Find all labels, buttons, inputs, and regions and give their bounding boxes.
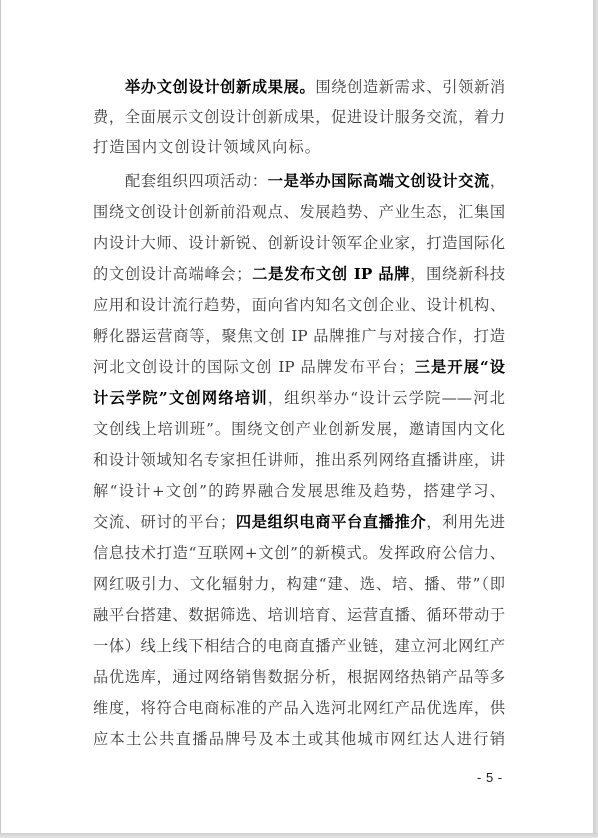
- page-shadow-right: [593, 0, 598, 838]
- page-number: - 5 -: [477, 770, 503, 785]
- text-line: 一体）线上线下相结合的电商直播产业链，建立河北网红产: [93, 635, 505, 657]
- text-line: 文创线上培训班”。围绕文创产业创新发展，邀请国内文化: [93, 418, 505, 440]
- text-line: 维度，将符合电商标准的产品入选河北网红产品优选库，供: [93, 697, 505, 719]
- line-text: 河北文创设计的国际文创 IP 品牌发布平台；: [93, 358, 414, 376]
- bold-activity-2: 二是发布文创 IP 品牌: [252, 265, 411, 283]
- text-line: 河北文创设计的国际文创 IP 品牌发布平台；三是开展“设: [93, 356, 505, 378]
- line-text: 维度，将符合电商标准的产品入选河北网红产品优选库，供: [93, 699, 505, 717]
- line-text: 品优选库，通过网络销售数据分析，根据网络热销产品等多: [93, 668, 505, 686]
- line-tail: ，围绕新科技: [410, 265, 505, 283]
- line-text: 孵化器运营商等，聚焦文创 IP 品牌推广与对接合作，打造: [93, 327, 505, 345]
- text-line: 应用和设计流行趋势，面向省内知名文创企业、设计机构、: [93, 294, 505, 316]
- bold-heading: 举办文创设计创新成果展。: [125, 78, 315, 96]
- text-line: 交流、研讨的平台；四是组织电商平台直播推介，利用先进: [93, 511, 505, 533]
- line-text: 打造国内文创设计领域风向标。: [93, 138, 321, 156]
- line-text: 配套组织四项活动：: [125, 172, 268, 190]
- line-text: 费，全面展示文创设计创新成果，促进设计服务交流，着力: [93, 108, 505, 126]
- line-text: 一体）线上线下相结合的电商直播产业链，建立河北网红产: [93, 637, 505, 655]
- bold-activity-3: 三是开展“设: [414, 358, 505, 376]
- line-text: 文创线上培训班”。围绕文创产业创新发展，邀请国内文化: [93, 420, 505, 438]
- line-tail: ，: [490, 172, 505, 190]
- text-line: 配套组织四项活动：一是举办国际高端文创设计交流，: [125, 170, 505, 192]
- line-text: 的文创设计高端峰会；: [93, 265, 252, 283]
- document-page: 举办文创设计创新成果展。围绕创造新需求、引领新消 费，全面展示文创设计创新成果，…: [1, 0, 593, 833]
- page-shadow-bottom: [0, 833, 598, 838]
- text-line: 的文创设计高端峰会；二是发布文创 IP 品牌，围绕新科技: [93, 263, 505, 285]
- text-line: 计云学院”文创网络培训，组织举办“设计云学院——河北: [93, 387, 505, 409]
- text-line: 孵化器运营商等，聚焦文创 IP 品牌推广与对接合作，打造: [93, 325, 505, 347]
- line-text: 围绕文创设计创新前沿观点、发展趋势、产业生态，汇集国: [93, 203, 505, 221]
- text-line: 内设计大师、设计新锐、创新设计领军企业家，打造国际化: [93, 232, 505, 254]
- text-line: 打造国内文创设计领域风向标。: [93, 136, 505, 158]
- line-text: 和设计领域知名专家担任讲师，推出系列网络直播讲座，讲: [93, 451, 505, 469]
- text-line: 应本土公共直播品牌号及本土或其他城市网红达人进行销: [93, 728, 505, 750]
- text-line: 融平台搭建、数据筛选、培训培育、运营直播、循环带动于: [93, 604, 505, 626]
- text-line: 举办文创设计创新成果展。围绕创造新需求、引领新消: [125, 76, 505, 98]
- line-text: 应本土公共直播品牌号及本土或其他城市网红达人进行销: [93, 730, 505, 748]
- text-line: 解“设计+文创”的跨界融合发展思维及趋势，搭建学习、: [93, 480, 505, 502]
- line-text: 信息技术打造“互联网+文创”的新模式。发挥政府公信力、: [93, 544, 505, 562]
- text-line: 围绕文创设计创新前沿观点、发展趋势、产业生态，汇集国: [93, 201, 505, 223]
- text-line: 信息技术打造“互联网+文创”的新模式。发挥政府公信力、: [93, 542, 505, 564]
- text-line: 费，全面展示文创设计创新成果，促进设计服务交流，着力: [93, 106, 505, 128]
- bold-activity-4: 四是组织电商平台直播推介: [235, 513, 426, 531]
- line-text: 内设计大师、设计新锐、创新设计领军企业家，打造国际化: [93, 234, 505, 252]
- text-line: 网红吸引力、文化辐射力，构建“建、选、培、播、带”（即: [93, 573, 505, 595]
- line-text: 网红吸引力、文化辐射力，构建“建、选、培、播、带”（即: [93, 575, 505, 593]
- line-text: 围绕创造新需求、引领新消: [315, 78, 505, 96]
- line-text: 融平台搭建、数据筛选、培训培育、运营直播、循环带动于: [93, 606, 505, 624]
- line-text: 解“设计+文创”的跨界融合发展思维及趋势，搭建学习、: [93, 482, 505, 500]
- text-line: 品优选库，通过网络销售数据分析，根据网络热销产品等多: [93, 666, 505, 688]
- bold-activity-3-cont: 计云学院”文创网络培训: [93, 389, 268, 407]
- line-text: 应用和设计流行趋势，面向省内知名文创企业、设计机构、: [93, 296, 505, 314]
- line-tail: ，利用先进: [426, 513, 505, 531]
- line-text: ，组织举办“设计云学院——河北: [268, 389, 505, 407]
- line-text: 交流、研讨的平台；: [93, 513, 235, 531]
- text-line: 和设计领域知名专家担任讲师，推出系列网络直播讲座，讲: [93, 449, 505, 471]
- bold-activity-1: 一是举办国际高端文创设计交流: [268, 172, 490, 190]
